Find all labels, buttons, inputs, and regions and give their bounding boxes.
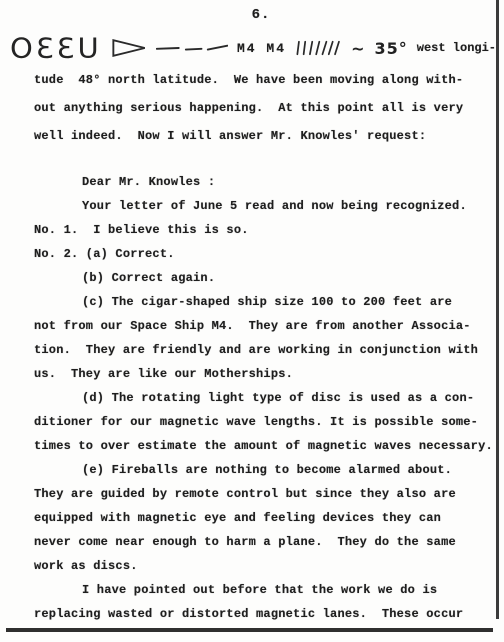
text-line: out anything serious happening. At this … — [34, 94, 492, 122]
tally-marks-icon — [295, 37, 342, 59]
text-line: tude 48° north latitude. We have been mo… — [34, 66, 492, 94]
text-line: They are guided by remote control but si… — [34, 482, 492, 506]
text-line: No. 2. (a) Correct. — [34, 242, 492, 266]
page-number: 6. — [0, 7, 504, 23]
tilde-mark: ~ — [351, 39, 365, 58]
longitude-text: west longi- — [417, 41, 496, 55]
text-line: (c) The cigar-shaped ship size 100 to 20… — [34, 290, 492, 314]
text-line: (b) Correct again. — [34, 266, 492, 290]
text-line: never come near enough to harm a plane. … — [34, 530, 492, 554]
longitude-degrees: 35° — [375, 39, 408, 58]
text-line: I have pointed out before that the work … — [34, 578, 492, 602]
letter-body: tude 48° north latitude. We have been mo… — [34, 66, 492, 626]
handwritten-glyphs: OƐƐU — [10, 34, 102, 62]
text-line: equipped with magnetic eye and feeling d… — [34, 506, 492, 530]
text-line: replacing wasted or distorted magnetic l… — [34, 602, 492, 626]
dash-trail-icon — [156, 38, 228, 58]
symbol-header-row: OƐƐU M4 M4 ~ 35° west longi- — [10, 28, 496, 68]
text-line: No. 1. I believe this is so. — [34, 218, 492, 242]
ship-designation-label: M4 M4 — [237, 41, 286, 56]
text-line: tion. They are friendly and are working … — [34, 338, 492, 362]
text-line: work as discs. — [34, 554, 492, 578]
scan-edge-right — [496, 0, 499, 619]
text-line: us. They are like our Motherships. — [34, 362, 492, 386]
scan-edge-bottom — [6, 628, 493, 632]
text-line: Your letter of June 5 read and now being… — [34, 194, 492, 218]
text-line: (d) The rotating light type of disc is u… — [34, 386, 492, 410]
text-line: times to over estimate the amount of mag… — [34, 434, 492, 458]
text-line: (e) Fireballs are nothing to become alar… — [34, 458, 492, 482]
text-line: well indeed. Now I will answer Mr. Knowl… — [34, 122, 492, 150]
typewritten-letter-page: 6. OƐƐU M4 M4 ~ 35° west longi- tude 48°… — [0, 0, 504, 642]
triangle-pennant-icon — [111, 34, 147, 62]
text-line: not from our Space Ship M4. They are fro… — [34, 314, 492, 338]
text-line: Dear Mr. Knowles : — [34, 170, 492, 194]
text-line: ditioner for our magnetic wave lengths. … — [34, 410, 492, 434]
